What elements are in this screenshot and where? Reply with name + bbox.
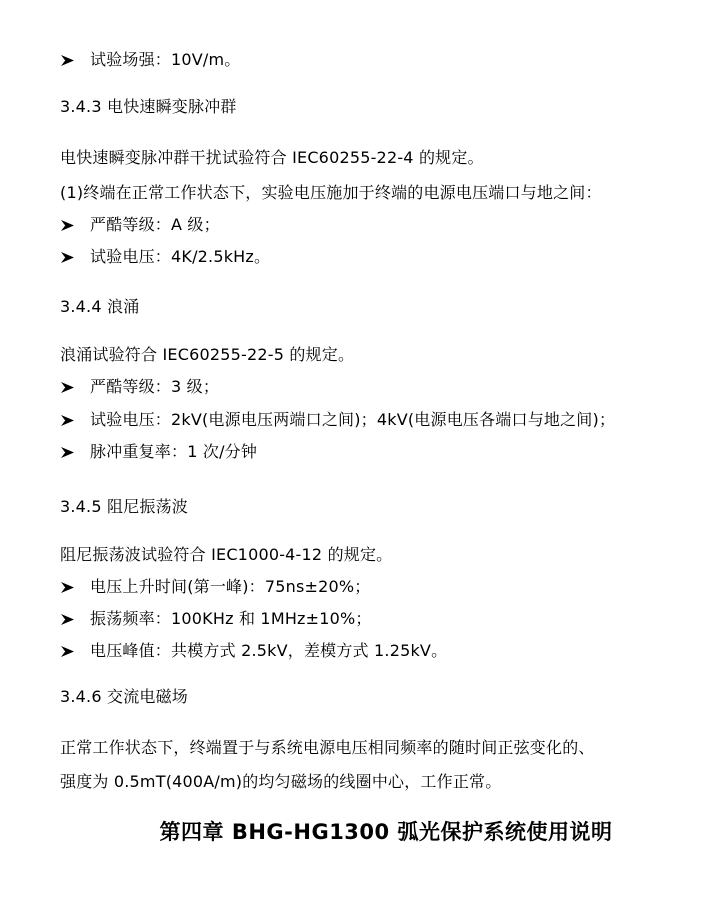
arrow-bullet-icon (60, 446, 90, 459)
paragraph-line: 强度为 0.5mT(400A/m)的均匀磁场的线圈中心，工作正常。 (60, 772, 501, 792)
bullet-text: 试验电压：4K/2.5kHz。 (90, 247, 270, 267)
section-heading: 3.4.4 浪涌 (60, 297, 139, 317)
bullet-text: 电压峰值：共模方式 2.5kV，差模方式 1.25kV。 (90, 641, 447, 661)
bullet-item: 脉冲重复率：1 次/分钟 (60, 442, 257, 462)
bullet-item: 试验场强：10V/m。 (60, 50, 240, 70)
arrow-bullet-icon (60, 219, 90, 232)
section-intro: 浪涌试验符合 IEC60255-22-5 的规定。 (60, 345, 354, 365)
bullet-item: 严酷等级：A 级； (60, 215, 220, 235)
bullet-text: 振荡频率：100KHz 和 1MHz±10%； (90, 609, 372, 629)
section-intro: 电快速瞬变脉冲群干扰试验符合 IEC60255-22-4 的规定。 (60, 148, 484, 168)
bullet-item: 振荡频率：100KHz 和 1MHz±10%； (60, 609, 372, 629)
document-page: 试验场强：10V/m。 3.4.3 电快速瞬变脉冲群 电快速瞬变脉冲群干扰试验符… (0, 0, 720, 900)
section-heading: 3.4.3 电快速瞬变脉冲群 (60, 97, 237, 117)
arrow-bullet-icon (60, 381, 90, 394)
bullet-item: 电压上升时间(第一峰)：75ns±20%； (60, 577, 371, 597)
paragraph-line: 正常工作状态下，终端置于与系统电源电压相同频率的随时间正弦变化的、 (60, 738, 595, 758)
bullet-item: 电压峰值：共模方式 2.5kV，差模方式 1.25kV。 (60, 641, 447, 661)
bullet-item: 严酷等级：3 级； (60, 377, 219, 397)
section-intro: 阻尼振荡波试验符合 IEC1000-4-12 的规定。 (60, 545, 392, 565)
arrow-bullet-icon (60, 581, 90, 594)
bullet-text: 试验场强：10V/m。 (90, 50, 240, 70)
arrow-bullet-icon (60, 645, 90, 658)
bullet-text: 严酷等级：3 级； (90, 377, 219, 397)
arrow-bullet-icon (60, 251, 90, 264)
bullet-item: 试验电压：4K/2.5kHz。 (60, 247, 270, 267)
section-heading: 3.4.6 交流电磁场 (60, 687, 188, 707)
arrow-bullet-icon (60, 414, 90, 427)
arrow-bullet-icon (60, 54, 90, 67)
bullet-text: 严酷等级：A 级； (90, 215, 220, 235)
bullet-text: 脉冲重复率：1 次/分钟 (90, 442, 257, 462)
arrow-bullet-icon (60, 613, 90, 626)
bullet-text: 试验电压：2kV(电源电压两端口之间)；4kV(电源电压各端口与地之间)； (90, 410, 615, 430)
bullet-text: 电压上升时间(第一峰)：75ns±20%； (90, 577, 371, 597)
section-note: (1)终端在正常工作状态下，实验电压施加于终端的电源电压端口与地之间： (60, 183, 602, 203)
section-heading: 3.4.5 阻尼振荡波 (60, 497, 188, 517)
bullet-item: 试验电压：2kV(电源电压两端口之间)；4kV(电源电压各端口与地之间)； (60, 410, 615, 430)
chapter-title: 第四章 BHG-HG1300 弧光保护系统使用说明 (0, 816, 720, 846)
